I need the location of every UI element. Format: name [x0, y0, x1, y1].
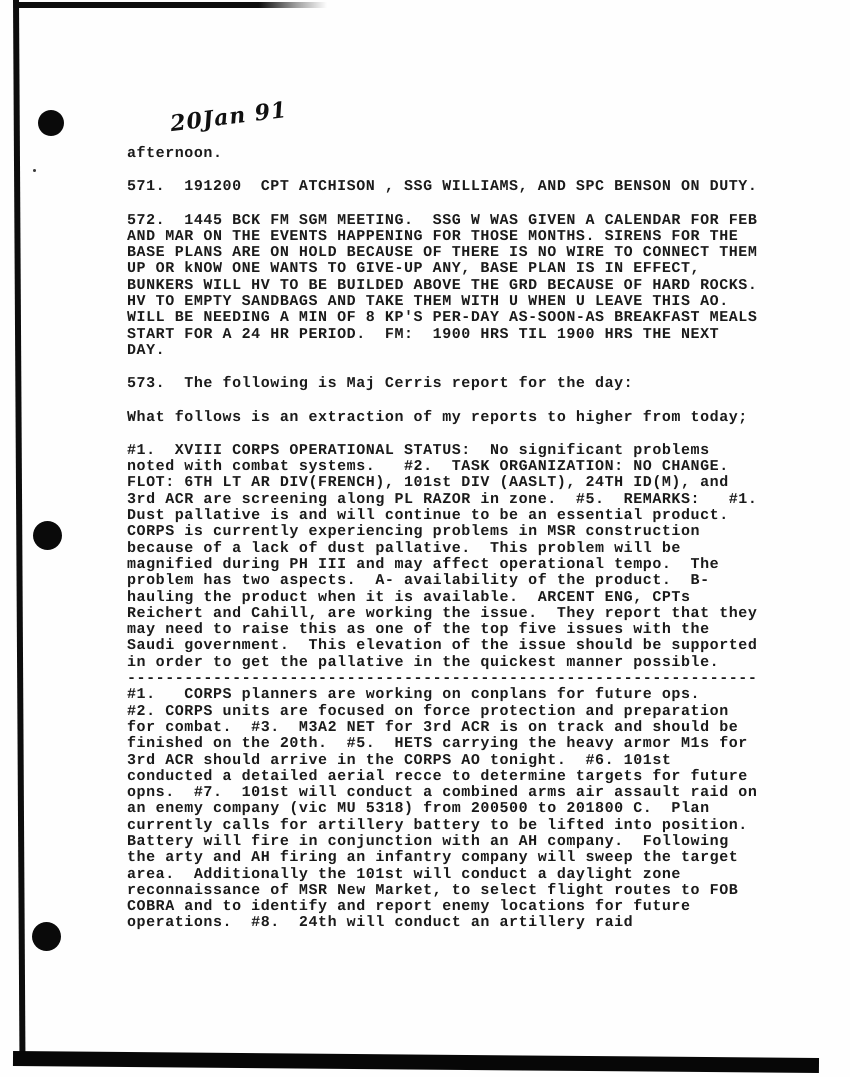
log-entry-573: 573. The following is Maj Cerris report …	[127, 376, 807, 392]
typewritten-body: afternoon. 571. 191200 CPT ATCHISON , SS…	[127, 146, 807, 932]
scan-speck	[33, 169, 36, 172]
log-entry-572: 572. 1445 BCK FM SGM MEETING. SSG W WAS …	[127, 213, 807, 360]
paragraph-afternoon: afternoon.	[127, 146, 807, 162]
hole-punch-top	[38, 110, 64, 136]
hole-punch-bottom	[32, 922, 61, 951]
report-intro-line: What follows is an extraction of my repo…	[127, 410, 807, 426]
page-border-left-line	[13, 0, 25, 1058]
scan-bottom-black-bar	[13, 1051, 819, 1073]
dashed-divider: ----------------------------------------…	[127, 671, 807, 687]
report-section-1: #1. XVIII CORPS OPERATIONAL STATUS: No s…	[127, 443, 807, 671]
report-section-2: #1. CORPS planners are working on conpla…	[127, 687, 807, 931]
page-border-top-line	[17, 2, 327, 8]
log-entry-571: 571. 191200 CPT ATCHISON , SSG WILLIAMS,…	[127, 179, 807, 195]
scanned-document-page: 20Jan 91 afternoon. 571. 191200 CPT ATCH…	[0, 0, 850, 1077]
hole-punch-middle	[33, 521, 62, 550]
handwritten-date: 20Jan 91	[169, 97, 289, 137]
